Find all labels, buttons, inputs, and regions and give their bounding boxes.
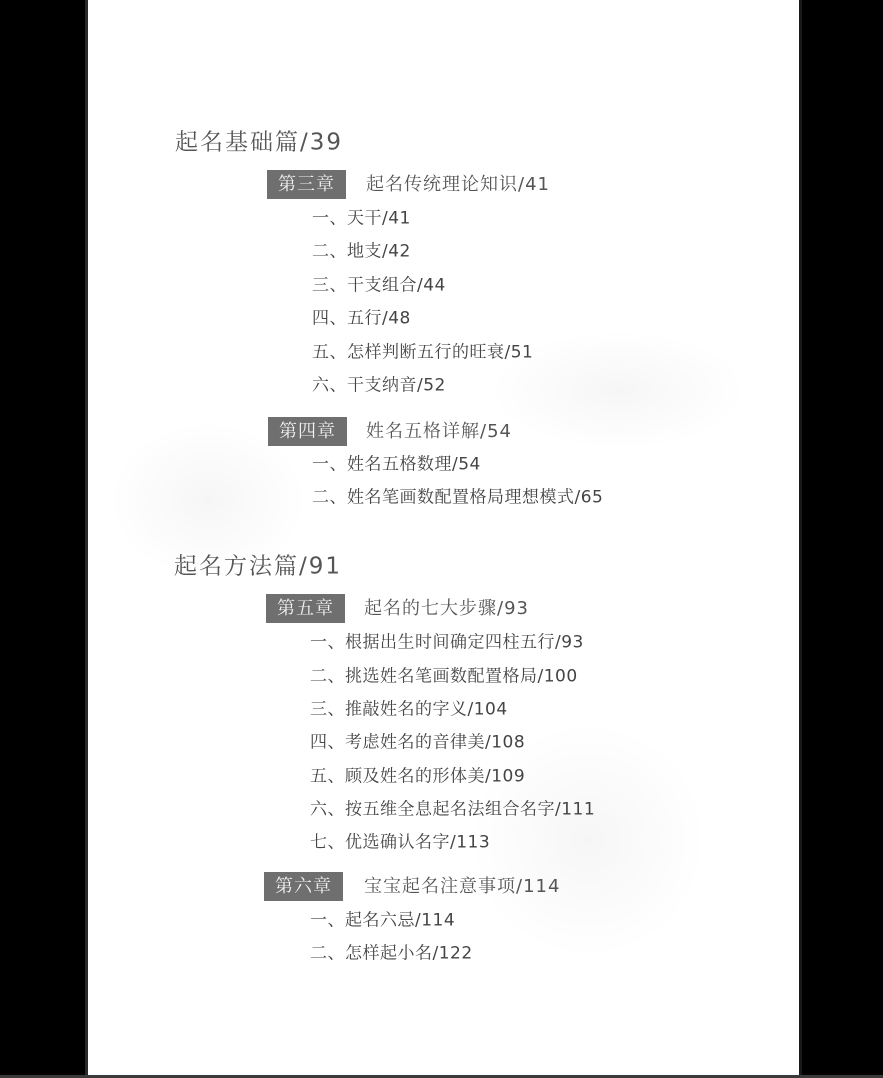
section-title-basics: 起名基础篇/39 [175,132,343,155]
toc-item: 二、挑选姓名笔画数配置格局/100 [310,669,578,686]
toc-item: 四、考虑姓名的音律美/108 [310,735,525,752]
toc-item: 三、推敲姓名的字义/104 [310,702,508,719]
chapter-badge-3: 第三章 [267,170,346,199]
toc-item: 一、天干/41 [312,211,411,228]
toc-item: 一、根据出生时间确定四柱五行/93 [310,635,584,652]
chapter-title-3: 起名传统理论知识/41 [366,176,550,194]
toc-item: 六、干支纳音/52 [312,378,446,395]
toc-item: 四、五行/48 [312,311,411,328]
chapter-badge-6: 第六章 [264,872,343,901]
chapter-title-5: 起名的七大步骤/93 [364,600,529,618]
faint-watermark [468,720,708,960]
toc-item: 一、姓名五格数理/54 [312,457,481,474]
toc-item: 二、姓名笔画数配置格局理想模式/65 [312,490,603,507]
toc-item: 五、怎样判断五行的旺衰/51 [312,345,533,362]
chapter-badge-4: 第四章 [268,417,347,446]
chapter-badge-5: 第五章 [266,594,345,623]
chapter-title-6: 宝宝起名注意事项/114 [364,878,560,896]
toc-item: 七、优选确认名字/113 [310,835,490,852]
section-title-methods: 起名方法篇/91 [174,556,342,579]
toc-item: 三、干支组合/44 [312,278,446,295]
toc-item: 二、地支/42 [312,244,411,261]
toc-item: 二、怎样起小名/122 [310,946,473,963]
toc-item: 五、顾及姓名的形体美/109 [310,769,525,786]
chapter-title-4: 姓名五格详解/54 [366,423,512,441]
toc-item: 一、起名六忌/114 [310,913,455,930]
toc-item: 六、按五维全息起名法组合名字/111 [310,802,595,819]
page-edge-right [799,0,802,1075]
